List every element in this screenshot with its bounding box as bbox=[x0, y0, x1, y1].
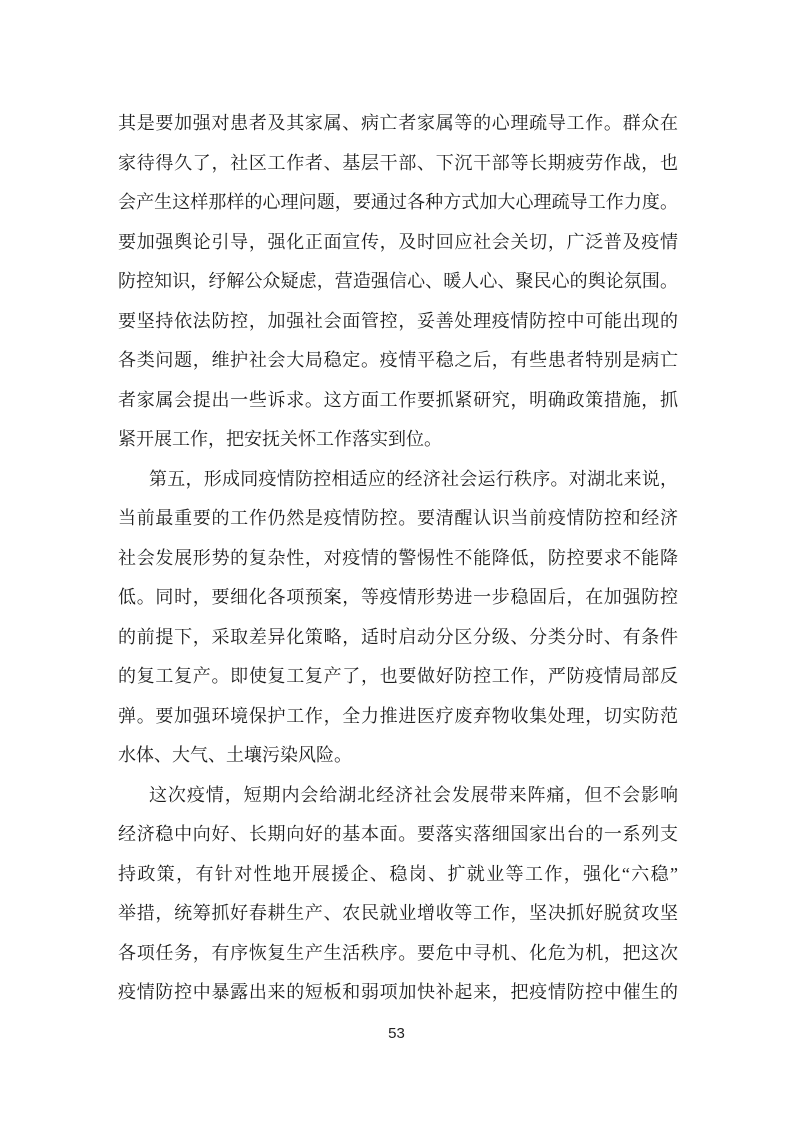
text-line: 紧开展工作，把安抚关怀工作落实到位。 bbox=[118, 420, 678, 460]
text-line: 家待得久了，社区工作者、基层干部、下沉干部等长期疲劳作战，也 bbox=[118, 144, 678, 184]
text-line: 这次疫情，短期内会给湖北经济社会发展带来阵痛，但不会影响 bbox=[118, 776, 678, 816]
text-line: 举措，统筹抓好春耕生产、农民就业增收等工作，坚决抓好脱贫攻坚 bbox=[118, 894, 678, 934]
text-line: 要坚持依法防控，加强社会面管控，妥善处理疫情防控中可能出现的 bbox=[118, 302, 678, 342]
text-line: 弹。要加强环境保护工作，全力推进医疗废弃物收集处理，切实防范 bbox=[118, 697, 678, 737]
page-number: 53 bbox=[0, 1023, 793, 1045]
text-line: 各类问题，维护社会大局稳定。疫情平稳之后，有些患者特别是病亡 bbox=[118, 341, 678, 381]
text-line: 经济稳中向好、长期向好的基本面。要落实落细国家出台的一系列支 bbox=[118, 815, 678, 855]
text-line: 要加强舆论引导，强化正面宣传，及时回应社会关切，广泛普及疫情 bbox=[118, 223, 678, 263]
paragraph: 其是要加强对患者及其家属、病亡者家属等的心理疏导工作。群众在 家待得久了，社区工… bbox=[118, 104, 678, 460]
text-line: 各项任务，有序恢复生产生活秩序。要危中寻机、化危为机，把这次 bbox=[118, 934, 678, 974]
text-line: 的复工复产。即使复工复产了，也要做好防控工作，严防疫情局部反 bbox=[118, 657, 678, 697]
text-line: 会产生这样那样的心理问题，要通过各种方式加大心理疏导工作力度。 bbox=[118, 183, 678, 223]
text-line: 其是要加强对患者及其家属、病亡者家属等的心理疏导工作。群众在 bbox=[118, 104, 678, 144]
text-line: 的前提下，采取差异化策略，适时启动分区分级、分类分时、有条件 bbox=[118, 618, 678, 658]
text-line: 持政策，有针对性地开展援企、稳岗、扩就业等工作，强化“六稳” bbox=[118, 855, 678, 895]
text-line: 第五，形成同疫情防控相适应的经济社会运行秩序。对湖北来说， bbox=[118, 460, 678, 500]
text-line: 者家属会提出一些诉求。这方面工作要抓紧研究，明确政策措施，抓 bbox=[118, 381, 678, 421]
paragraph: 这次疫情，短期内会给湖北经济社会发展带来阵痛，但不会影响 经济稳中向好、长期向好… bbox=[118, 776, 678, 1013]
text-line: 水体、大气、土壤污染风险。 bbox=[118, 736, 678, 776]
text-block: 其是要加强对患者及其家属、病亡者家属等的心理疏导工作。群众在 家待得久了，社区工… bbox=[118, 104, 678, 1013]
document-page: 其是要加强对患者及其家属、病亡者家属等的心理疏导工作。群众在 家待得久了，社区工… bbox=[0, 0, 793, 1122]
paragraph: 第五，形成同疫情防控相适应的经济社会运行秩序。对湖北来说， 当前最重要的工作仍然… bbox=[118, 460, 678, 776]
text-line: 防控知识，纾解公众疑虑，营造强信心、暖人心、聚民心的舆论氛围。 bbox=[118, 262, 678, 302]
text-line: 低。同时，要细化各项预案，等疫情形势进一步稳固后，在加强防控 bbox=[118, 578, 678, 618]
text-line: 疫情防控中暴露出来的短板和弱项加快补起来，把疫情防控中催生的 bbox=[118, 973, 678, 1013]
text-line: 社会发展形势的复杂性，对疫情的警惕性不能降低，防控要求不能降 bbox=[118, 539, 678, 579]
text-line: 当前最重要的工作仍然是疫情防控。要清醒认识当前疫情防控和经济 bbox=[118, 499, 678, 539]
